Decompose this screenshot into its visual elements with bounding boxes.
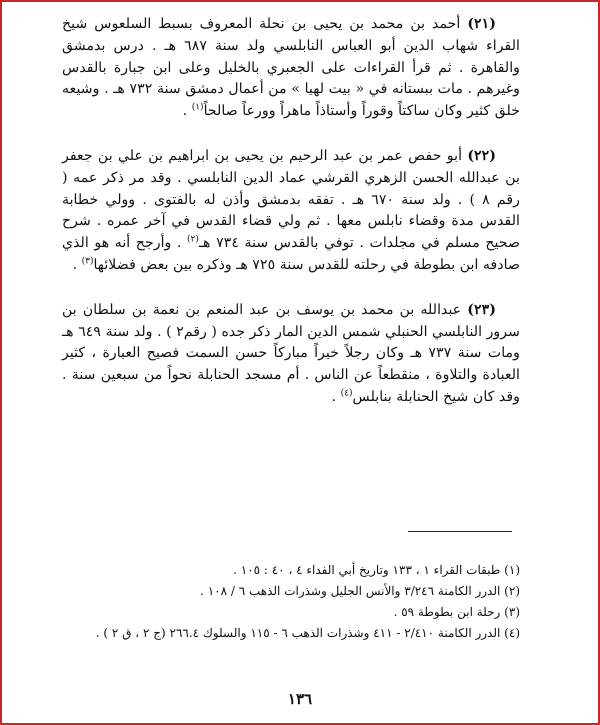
footnote-1: (١) طبقات القراء ١ ، ١٣٣ وتاريخ أبي الفد… (70, 560, 520, 581)
entry-text: أحمد بن محمد بن يحيى بن نحلة المعروف بسب… (62, 16, 520, 119)
footnote-number: (٣) (504, 605, 520, 619)
footnote-text: رحلة ابن بطوطة ٥٩ . (394, 605, 501, 619)
footnote-text: طبقات القراء ١ ، ١٣٣ وتاريخ أبي الفداء ٤… (233, 563, 500, 577)
footnote-number: (١) (504, 563, 520, 577)
page-number: ١٣٦ (0, 690, 600, 708)
entry-23: (٢٣) عبدالله بن محمد بن يوسف بن عبد المن… (62, 300, 520, 409)
entry-21: (٢١) أحمد بن محمد بن يحيى بن نحلة المعرو… (62, 14, 520, 123)
entry-number: (٢١) (467, 16, 496, 32)
footnote-ref-3[interactable]: (٣) (82, 256, 94, 266)
entry-number: (٢٣) (467, 302, 496, 318)
footnote-2: (٢) الدرر الكامنة ٣/٢٤٦ والأنس الجليل وش… (70, 581, 520, 602)
entry-ending: . (73, 257, 82, 273)
footnote-number: (٢) (504, 584, 520, 598)
footnote-text: الدرر الكامنة ٢/٤١٠ - ٤١١ وشذرات الذهب ٦… (96, 626, 501, 640)
footnote-number: (٤) (504, 626, 520, 640)
entry-number: (٢٢) (467, 148, 496, 164)
main-text: (٢١) أحمد بن محمد بن يحيى بن نحلة المعرو… (62, 14, 520, 409)
footnote-4: (٤) الدرر الكامنة ٢/٤١٠ - ٤١١ وشذرات الذ… (70, 623, 520, 644)
footnote-ref-4[interactable]: (٤) (341, 388, 353, 398)
entry-ending: . (183, 103, 192, 119)
entry-ending: . (332, 389, 341, 405)
footnote-separator (408, 531, 512, 532)
entry-text: عبدالله بن محمد بن يوسف بن عبد المنعم بن… (62, 302, 520, 405)
footnote-ref-2[interactable]: (٢) (187, 234, 199, 244)
entry-22: (٢٢) أبو حفص عمر بن عبد الرحيم بن يحيى ب… (62, 146, 520, 277)
footnote-text: الدرر الكامنة ٣/٢٤٦ والأنس الجليل وشذرات… (200, 584, 500, 598)
footnotes: (١) طبقات القراء ١ ، ١٣٣ وتاريخ أبي الفد… (70, 560, 520, 644)
footnote-ref-1[interactable]: (١) (192, 102, 204, 112)
footnote-3: (٣) رحلة ابن بطوطة ٥٩ . (70, 602, 520, 623)
